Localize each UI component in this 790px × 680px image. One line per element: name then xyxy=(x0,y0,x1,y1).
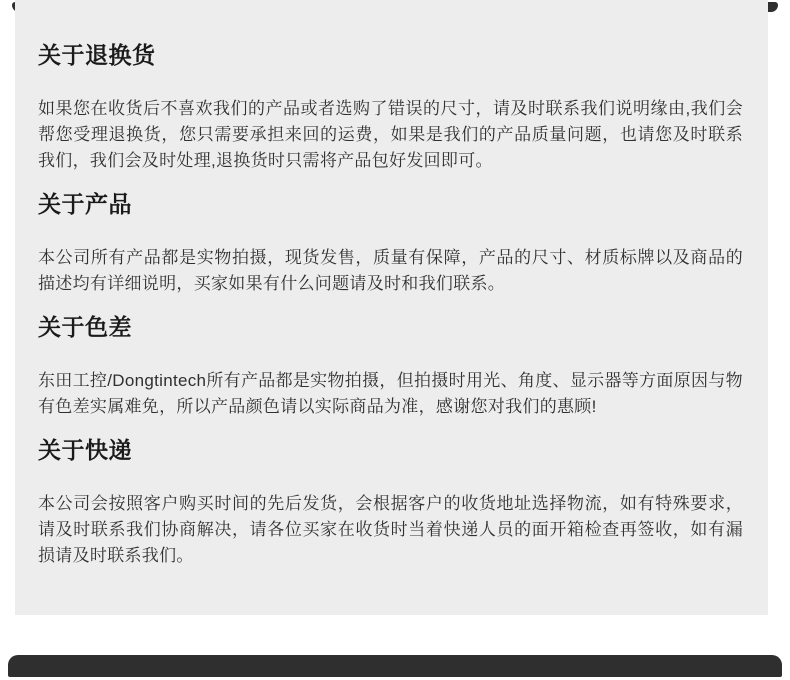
section-color-difference-body: 东田工控/Dongtintech所有产品都是实物拍摄，但拍摄时用光、角度、显示器… xyxy=(38,368,743,420)
section-shipping-title: 关于快递 xyxy=(38,437,738,464)
section-return-policy-body: 如果您在收货后不喜欢我们的产品或者选购了错误的尺寸，请及时联系我们说明缘由,我们… xyxy=(38,96,743,174)
section-shipping-body: 本公司会按照客户购买时间的先后发货，会根据客户的收货地址选择物流，如有特殊要求，… xyxy=(38,491,743,569)
section-shipping: 关于快递 本公司会按照客户购买时间的先后发货，会根据客户的收货地址选择物流，如有… xyxy=(38,437,738,569)
section-return-policy: 关于退换货 如果您在收货后不喜欢我们的产品或者选购了错误的尺寸，请及时联系我们说… xyxy=(38,42,738,174)
section-return-policy-title: 关于退换货 xyxy=(38,42,738,69)
bottom-divider-bar xyxy=(8,655,782,677)
section-color-difference: 关于色差 东田工控/Dongtintech所有产品都是实物拍摄，但拍摄时用光、角… xyxy=(38,314,738,420)
section-product-body: 本公司所有产品都是实物拍摄，现货发售，质量有保障，产品的尺寸、材质标牌以及商品的… xyxy=(38,245,743,297)
section-product: 关于产品 本公司所有产品都是实物拍摄，现货发售，质量有保障，产品的尺寸、材质标牌… xyxy=(38,191,738,297)
section-color-difference-title: 关于色差 xyxy=(38,314,738,341)
section-product-title: 关于产品 xyxy=(38,191,738,218)
info-panel: 关于退换货 如果您在收货后不喜欢我们的产品或者选购了错误的尺寸，请及时联系我们说… xyxy=(15,0,768,615)
product-info-page: 关于退换货 如果您在收货后不喜欢我们的产品或者选购了错误的尺寸，请及时联系我们说… xyxy=(0,0,790,680)
